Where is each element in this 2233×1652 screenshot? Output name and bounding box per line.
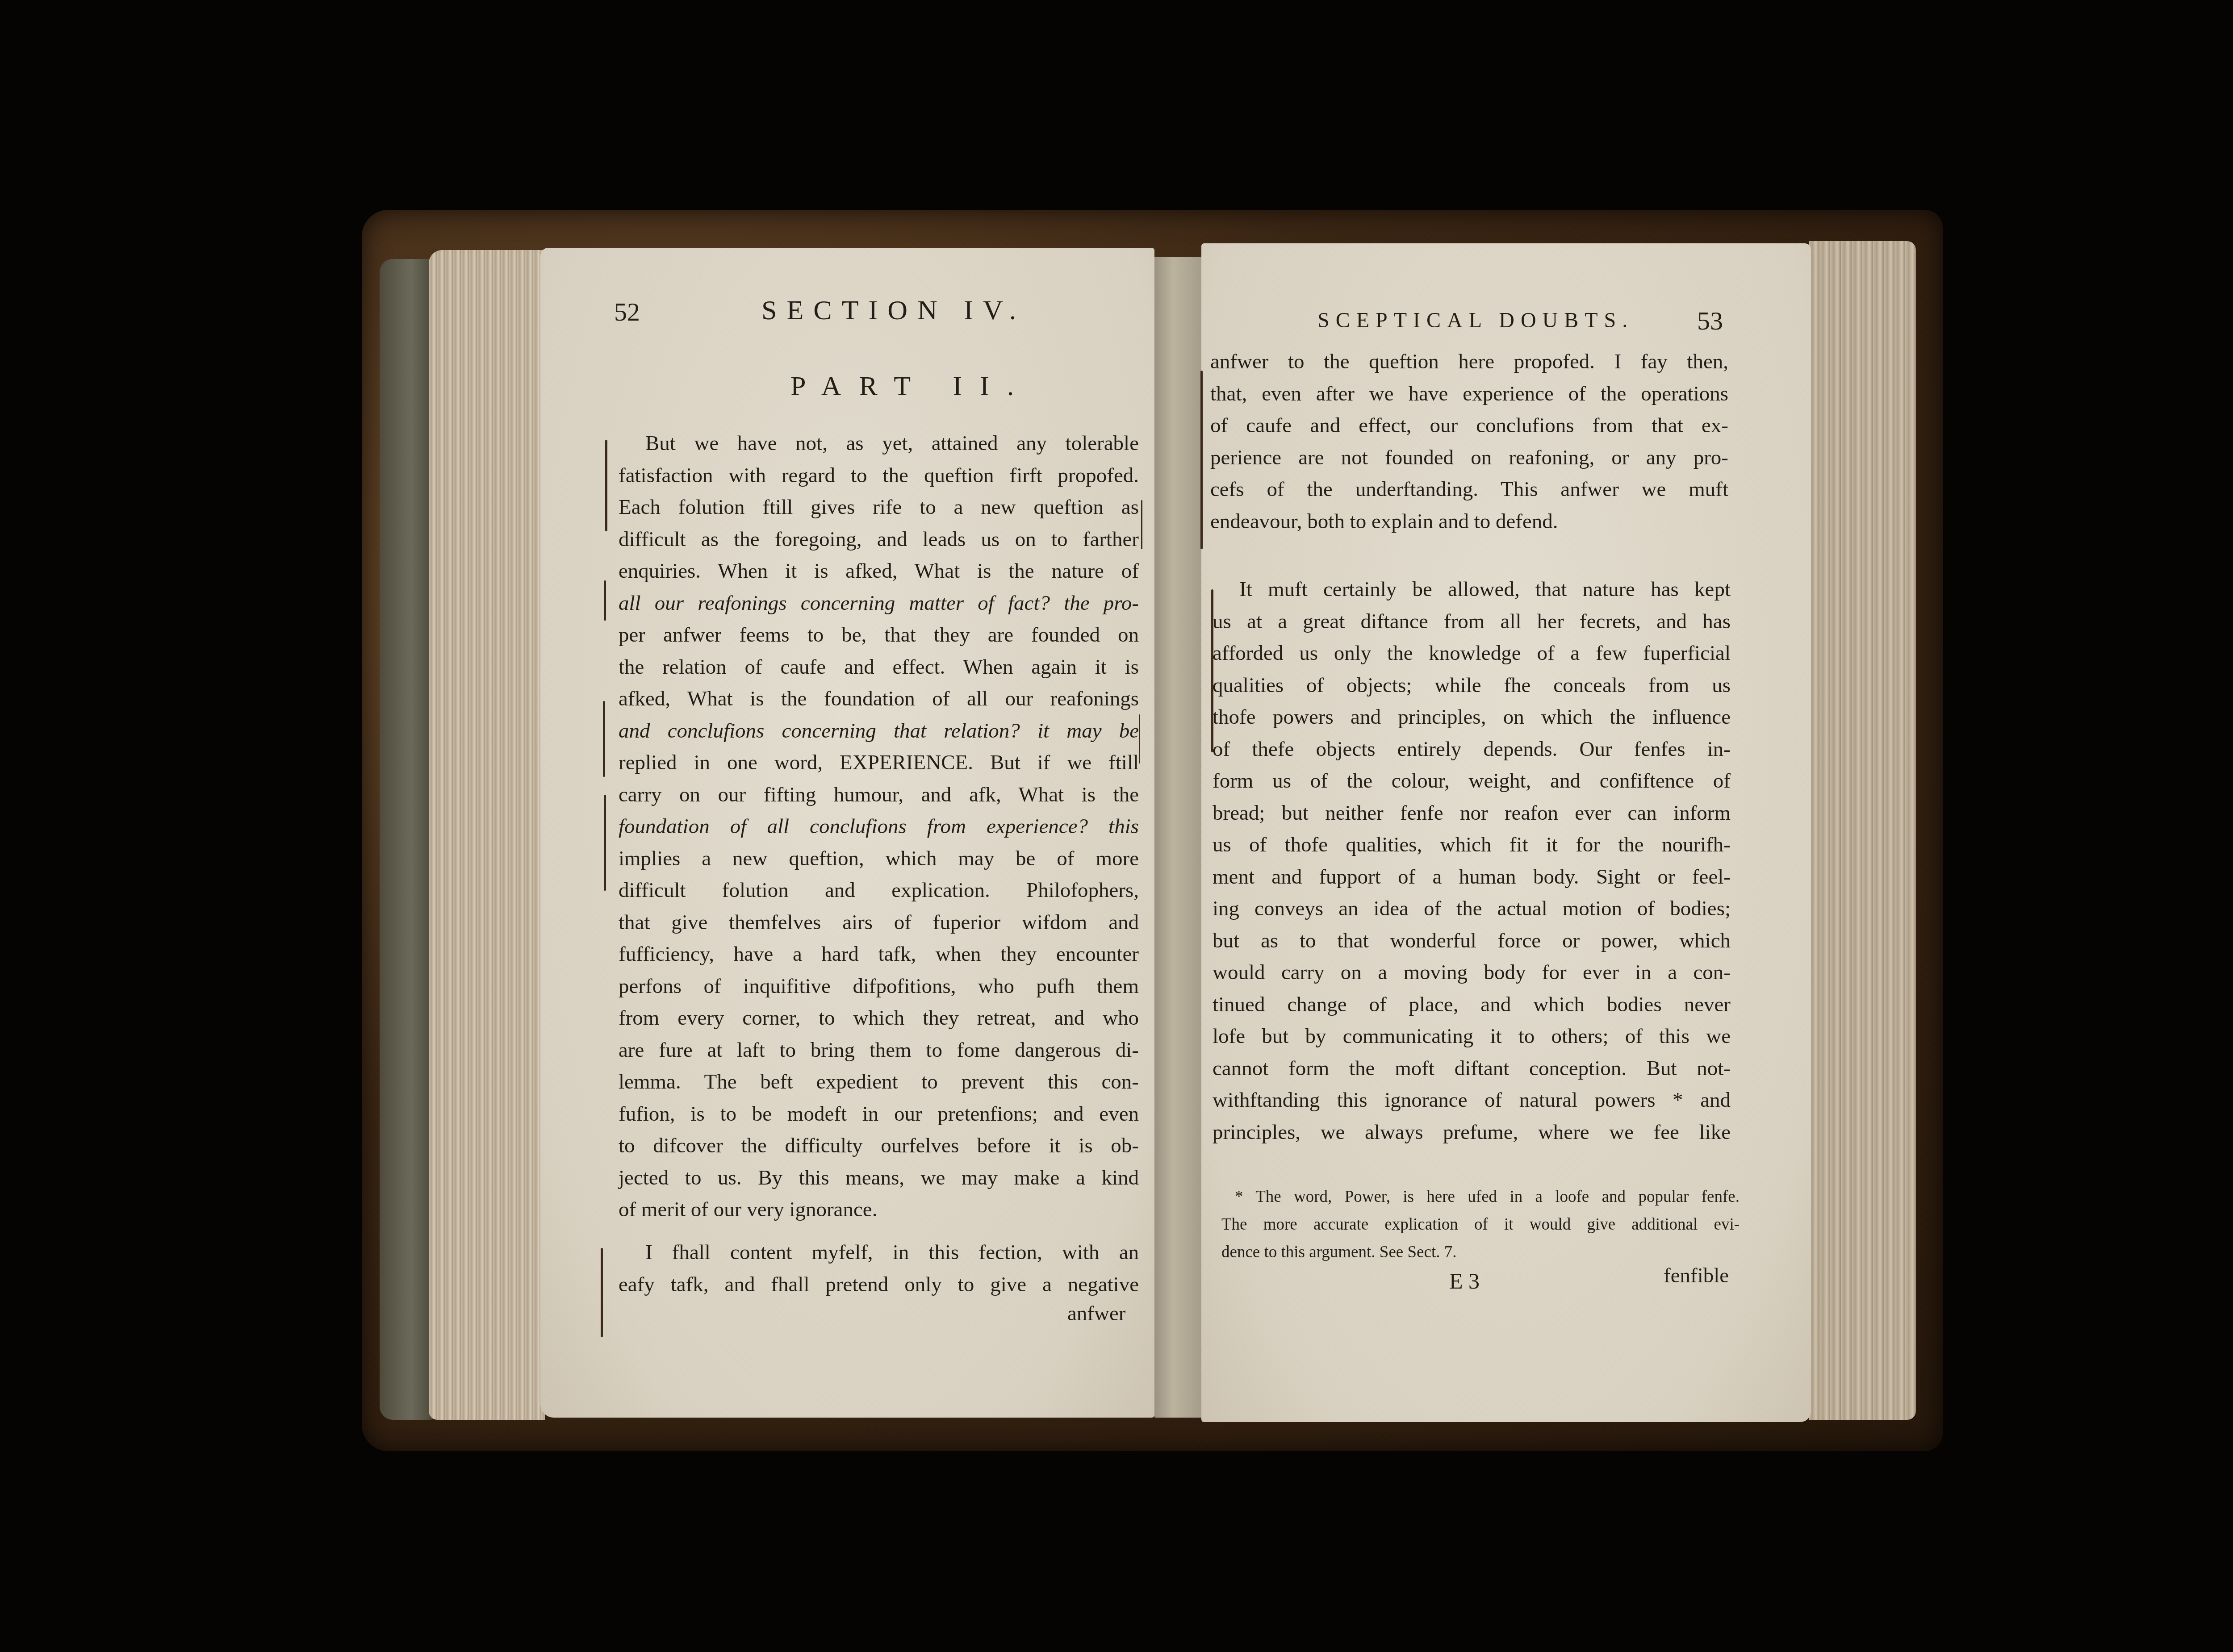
text-line: us of thofe qualities, which fit it for … [1213, 829, 1731, 861]
text-line: to difcover the difficulty ourfelves bef… [619, 1130, 1139, 1162]
margin-mark [1200, 371, 1203, 549]
text-line: ing conveys an idea of the actual motion… [1213, 893, 1731, 925]
part-title: PART II. [790, 371, 1032, 402]
text-line: enquiries. When it is afked, What is the… [619, 555, 1139, 588]
margin-mark [1141, 500, 1142, 549]
text-line: per anfwer feems to be, that they are fo… [619, 619, 1139, 651]
text-line: fufficiency, have a hard tafk, when they… [619, 939, 1139, 971]
right-running-head: SCEPTICAL DOUBTS. [1317, 308, 1634, 333]
text-line: withftanding this ignorance of natural p… [1213, 1085, 1731, 1117]
margin-mark [604, 795, 606, 891]
footnote-line: The more accurate explication of it woul… [1221, 1211, 1740, 1239]
margin-mark [605, 440, 607, 531]
text-line: of thefe objects entirely depends. Our f… [1213, 734, 1731, 766]
text-line: perfons of inquifitive difpofitions, who… [619, 971, 1139, 1003]
left-catchword: anfwer [1067, 1302, 1125, 1326]
text-line: replied in one word, EXPERIENCE. But if … [619, 747, 1139, 779]
text-line: difficult folution and explication. Phil… [619, 875, 1139, 907]
right-page-number: 53 [1697, 306, 1723, 336]
text-line: cefs of the underftanding. This anfwer w… [1210, 474, 1728, 506]
page-edges-left [429, 250, 545, 1420]
text-line: and conclufions concerning that relation… [619, 715, 1139, 747]
text-line: us at a great diftance from all her fecr… [1213, 606, 1731, 638]
left-paragraph-1: But we have not, as yet, attained any to… [619, 428, 1139, 1226]
footnote-line: dence to this argument. See Sect. 7. [1221, 1239, 1740, 1266]
text-line: bread; but neither fenfe nor reafon ever… [1213, 797, 1731, 830]
text-line: but as to that wonderful force or power,… [1213, 925, 1731, 957]
text-line: lofe but by communicating it to others; … [1213, 1021, 1731, 1053]
right-catchword: fenfible [1664, 1264, 1729, 1288]
text-line: But we have not, as yet, attained any to… [619, 428, 1139, 460]
text-line: the relation of caufe and effect. When a… [619, 651, 1139, 684]
margin-mark [604, 580, 606, 621]
text-line: of merit of our very ignorance. [619, 1194, 1139, 1226]
text-line: would carry on a moving body for ever in… [1213, 957, 1731, 989]
text-line: cannot form the moft diftant conception.… [1213, 1053, 1731, 1085]
text-line: all our reafonings concerning matter of … [619, 588, 1139, 620]
text-line: that give themfelves airs of fuperior wi… [619, 907, 1139, 939]
text-line: principles, we always prefume, where we … [1213, 1117, 1731, 1149]
footnote-line: * The word, Power, is here ufed in a loo… [1221, 1183, 1740, 1211]
text-line: thofe powers and principles, on which th… [1213, 701, 1731, 734]
right-paragraph-1: anfwer to the queftion here propofed. I … [1210, 346, 1728, 538]
text-line: are fure at laft to bring them to fome d… [619, 1035, 1139, 1067]
text-line: that, even after we have experience of t… [1210, 378, 1728, 410]
text-line: afforded us only the knowledge of a few … [1213, 638, 1731, 670]
margin-mark [1211, 589, 1213, 752]
text-line: tinued change of place, and which bodies… [1213, 989, 1731, 1021]
text-line: of caufe and effect, our conclufions fro… [1210, 410, 1728, 442]
text-line: fufion, is to be modeft in our pretenfio… [619, 1098, 1139, 1131]
text-line: from every corner, to which they retreat… [619, 1002, 1139, 1035]
left-paragraph-2: I fhall content myfelf, in this fection,… [619, 1237, 1139, 1301]
text-line: anfwer to the queftion here propofed. I … [1210, 346, 1728, 378]
text-line: Each folution ftill gives rife to a new … [619, 492, 1139, 524]
text-line: I fhall content myfelf, in this fection,… [619, 1237, 1139, 1269]
margin-mark [601, 1248, 603, 1337]
signature-mark: E 3 [1449, 1268, 1480, 1294]
page-edges-right [1809, 241, 1916, 1420]
book-gutter [1154, 257, 1201, 1418]
text-line: difficult as the foregoing, and leads us… [619, 524, 1139, 556]
text-line: implies a new queftion, which may be of … [619, 843, 1139, 875]
text-line: afked, What is the foundation of all our… [619, 683, 1139, 715]
text-line: eafy tafk, and fhall pretend only to giv… [619, 1269, 1139, 1301]
text-line: foundation of all conclufions from exper… [619, 811, 1139, 843]
right-paragraph-2: It muft certainly be allowed, that natur… [1213, 574, 1731, 1148]
text-line: qualities of objects; while fhe conceals… [1213, 670, 1731, 702]
margin-mark [1139, 714, 1140, 763]
text-line: form us of the colour, weight, and confi… [1213, 765, 1731, 797]
left-page-number: 52 [614, 297, 640, 327]
text-line: jected to us. By this means, we may make… [619, 1162, 1139, 1194]
text-line: perience are not founded on reafoning, o… [1210, 442, 1728, 474]
footnote: * The word, Power, is here ufed in a loo… [1221, 1183, 1740, 1266]
text-line: carry on our fifting humour, and afk, Wh… [619, 779, 1139, 811]
text-line: lemma. The beft expedient to prevent thi… [619, 1066, 1139, 1098]
text-line: It muft certainly be allowed, that natur… [1213, 574, 1731, 606]
text-line: ment and fupport of a human body. Sight … [1213, 861, 1731, 893]
text-line: endeavour, both to explain and to defend… [1210, 506, 1728, 538]
text-line: fatisfaction with regard to the queftion… [619, 460, 1139, 492]
margin-mark [603, 701, 605, 777]
left-running-head: SECTION IV. [761, 295, 1026, 326]
